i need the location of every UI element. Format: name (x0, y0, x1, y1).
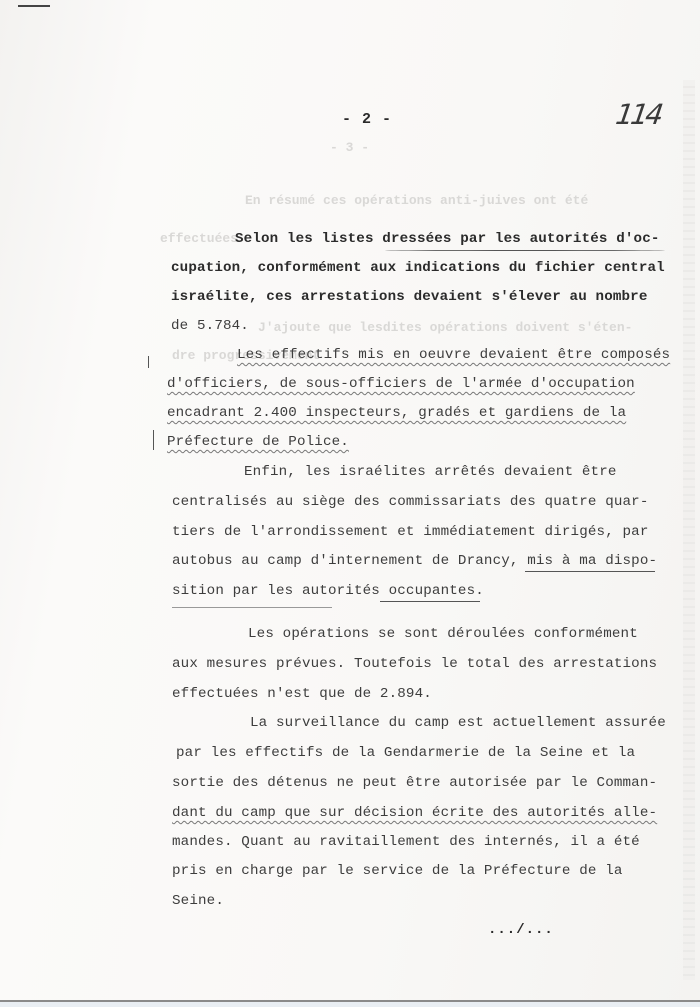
document-page: - 3 - En résumé ces opérations anti-juiv… (0, 0, 700, 1000)
paragraph-line: Seine. (172, 893, 224, 909)
show-through-line: En résumé ces opérations anti-juives ont… (245, 193, 588, 208)
paragraph-line: aux mesures prévues. Toutefois le total … (172, 656, 657, 672)
text-segment: d'officiers, de sous-officiers de l'armé… (167, 376, 635, 392)
corner-mark (18, 5, 50, 7)
paragraph-line: encadrant 2.400 inspecteurs, gradés et g… (167, 405, 626, 421)
paragraph-line: israélite, ces arrestations devaient s'é… (171, 289, 648, 305)
margin-mark (148, 356, 149, 368)
paragraph-line: pris en charge par le service de la Préf… (172, 863, 623, 879)
paragraph-line: dant du camp que sur décision écrite des… (172, 805, 657, 821)
paragraph-line: d'officiers, de sous-officiers de l'armé… (167, 376, 635, 392)
underline-mark (380, 600, 480, 602)
underline-mark (525, 570, 655, 572)
paragraph-line: Selon les listes dressées par les autori… (235, 231, 660, 247)
continuation-mark: .../... (488, 922, 554, 938)
paragraph-line: cupation, conformément aux indications d… (171, 260, 665, 276)
show-through-line: J'ajoute que lesdites opérations doivent… (258, 320, 632, 335)
paragraph-line: de 5.784. (171, 318, 249, 334)
handwritten-folio: 114 (614, 98, 663, 131)
paragraph-line: Préfecture de Police. (167, 434, 349, 450)
binding-edge (683, 80, 695, 980)
underline-mark (172, 606, 332, 608)
page-bottom-edge (0, 1000, 700, 1007)
paragraph-line: tiers de l'arrondissement et immédiateme… (172, 524, 649, 540)
text-segment: encadrant 2.400 inspecteurs, gradés et g… (167, 405, 626, 421)
margin-mark (153, 430, 154, 450)
text-segment: Les effectifs mis en oeuvre devaient êtr… (237, 347, 670, 363)
paragraph-line: par les effectifs de la Gendarmerie de l… (176, 745, 635, 761)
text-segment: Selon les listes dressées par les autori… (235, 231, 660, 247)
paragraph-line: sortie des détenus ne peut être autorisé… (172, 775, 657, 791)
show-through-line: effectuées (160, 231, 238, 246)
paragraph-line: Enfin, les israélites arrêtés devaient ê… (244, 464, 617, 480)
text-segment: dant du camp que sur décision écrite des… (172, 805, 657, 821)
paragraph-line: Les opérations se sont déroulées conform… (248, 626, 638, 642)
text-segment: Préfecture de Police. (167, 434, 349, 450)
paragraph-line: centralisés au siège des commissariats d… (172, 494, 649, 510)
paragraph-line: effectuées n'est que de 2.894. (172, 686, 432, 702)
paragraph-line: mandes. Quant au ravitaillement des inte… (172, 834, 640, 850)
paragraph-line: La surveillance du camp est actuellement… (250, 715, 666, 731)
underline-mark (385, 249, 665, 251)
paragraph-line: sition par les autorités occupantes. (172, 583, 484, 599)
paragraph-line: Les effectifs mis en oeuvre devaient êtr… (237, 347, 670, 363)
page-number: - 2 - (342, 111, 392, 128)
show-through-page-number: - 3 - (330, 140, 369, 155)
paragraph-line: autobus au camp d'internement de Drancy,… (172, 553, 657, 569)
